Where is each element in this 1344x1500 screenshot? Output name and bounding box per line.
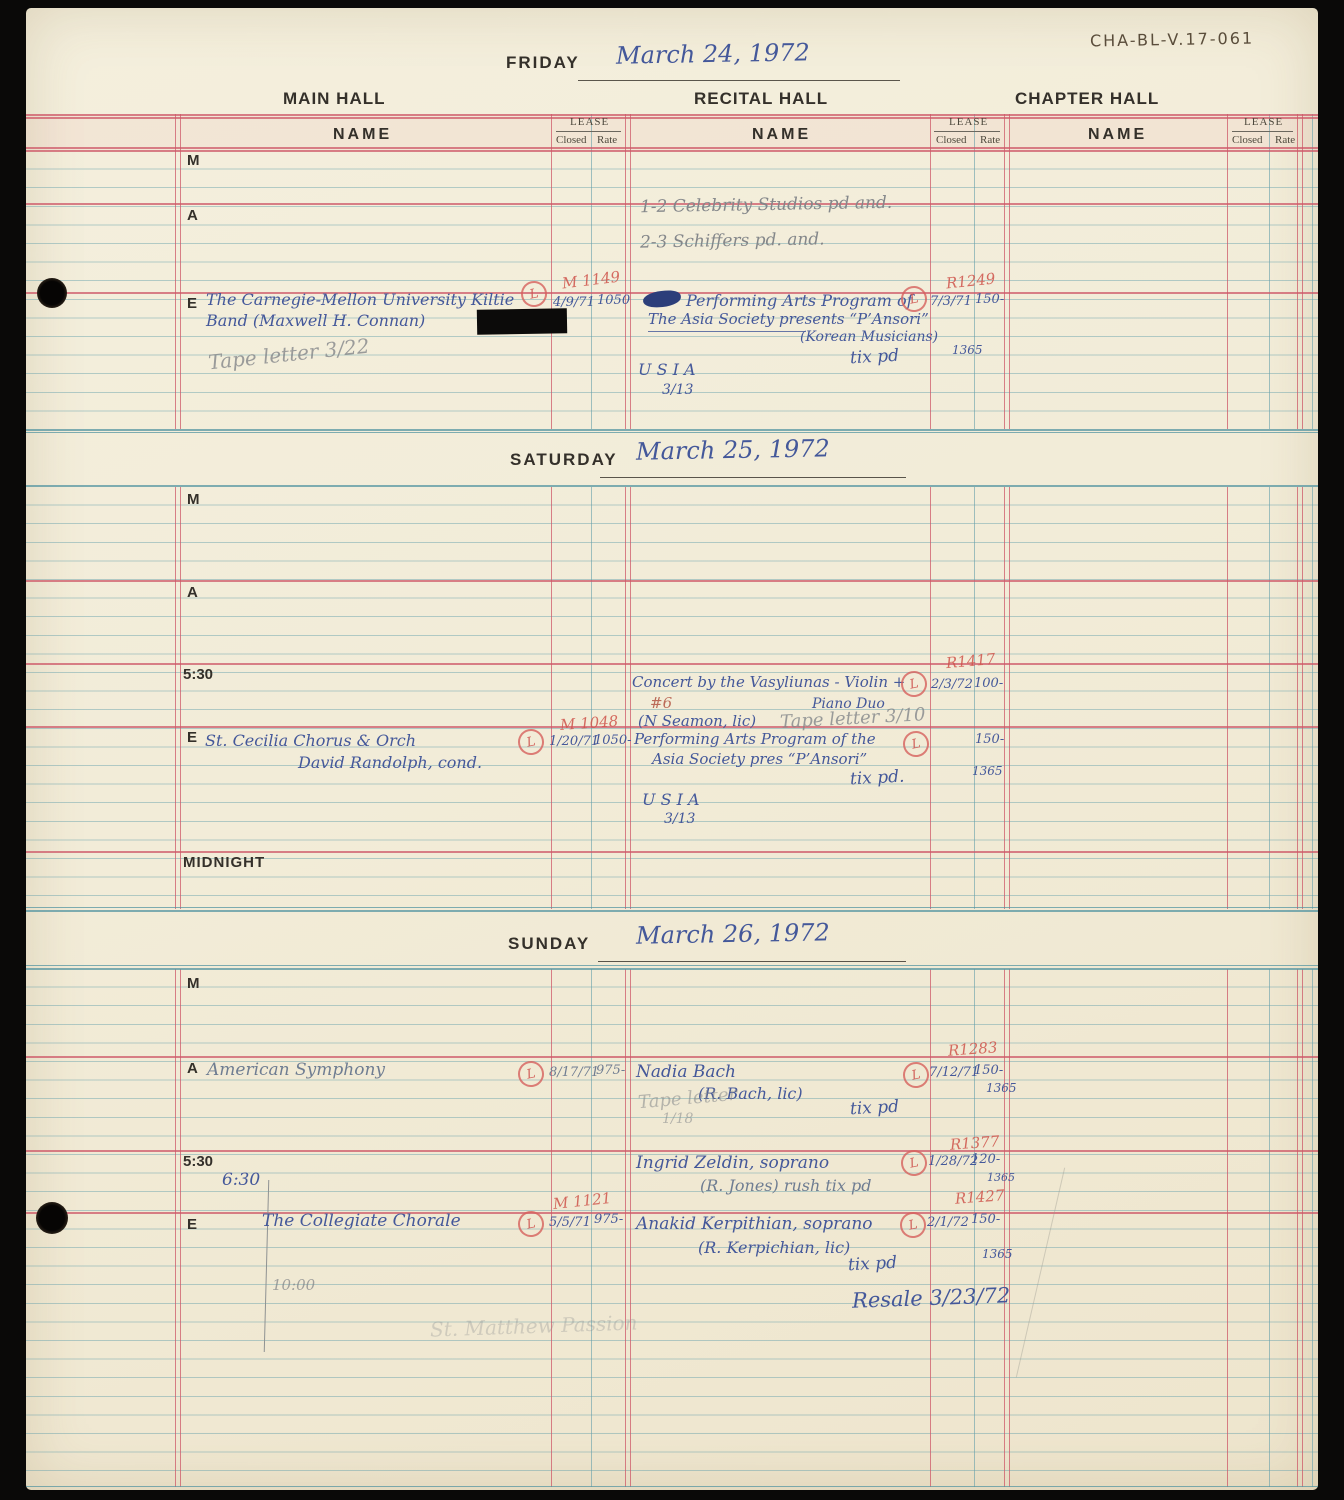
sun-recital-a-contract-number: R1283 [948,1040,998,1058]
grid-line-horizontal-red [26,150,1318,152]
grid-line-vertical-red [630,969,631,1487]
sun-recital-530-rate: 120- [971,1153,1000,1166]
friday-recital-usia-date: 3/13 [662,383,693,397]
sunday-label: SUNDAY [508,934,590,954]
grid-line-vertical-red [551,114,552,429]
sat-recital-tix-note: tix pd. [850,769,905,789]
sat-recital-usia-date: 3/13 [664,812,695,826]
section-boundary-line [26,907,1318,908]
entry-friday-main-e1: The Carnegie-Mellon University Kiltie [206,292,514,308]
entry-friday-recital-e3: (Korean Musicians) [800,330,938,344]
grid-line-vertical-red [1009,969,1010,1487]
grid-line-horizontal-red [26,1056,1318,1058]
chapter-closed-header: Closed [1232,134,1263,146]
entry-sat-recital-530-3: (N Seamon, lic) [638,714,756,729]
recital-rate-header: Rate [980,134,1000,146]
friday-label: FRIDAY [506,53,580,73]
chapter-lease-header: LEASE [1244,116,1283,128]
section-boundary-line [26,485,1318,487]
friday-recital-closed-date: 7/3/71 [930,295,972,308]
main-hall-title: MAIN HALL [283,89,385,109]
chapter-rate-header: Rate [1275,134,1295,146]
recital-name-header: NAME [752,126,811,144]
grid-line-vertical-blue [1312,969,1313,1487]
grid-line-horizontal-red [26,117,1318,119]
section-boundary-line [26,1486,1318,1487]
sat-recital-e-rate: 150- [975,733,1004,746]
entry-sat-recital-530-1: Concert by the Vasyliunas - Violin + [632,675,905,690]
sun-recital-530-amount: 1365 [987,1172,1015,1183]
chapter-name-header: NAME [1088,126,1147,144]
grid-line-vertical-blue [1269,114,1270,429]
friday-date-underline [578,80,900,81]
entry-sun-main-e: The Collegiate Chorale [262,1213,461,1230]
friday-row-a: A [187,207,198,224]
friday-row-m: M [187,152,200,169]
sun-main-e-rate: 975- [594,1213,623,1226]
archive-code: CHA-BL-V.17-061 [1090,29,1254,51]
grid-line-horizontal-red [26,114,1318,116]
grid-line-horizontal-red [26,663,1318,665]
grid-line-vertical-red [1297,487,1298,909]
friday-row-e: E [187,295,197,312]
grid-line-vertical-red [1004,114,1005,429]
recital-closed-header: Closed [936,134,967,146]
friday-main-closed-date: 4/9/71 [553,296,595,309]
entry-sun-recital-e1: Anakid Kerpithian, soprano [636,1216,873,1233]
sunday-row-m: M [187,975,200,992]
grid-line-vertical-red [630,487,631,909]
section-boundary-line [26,968,1318,970]
section-boundary-line [26,910,1318,912]
entry-sat-main-e1: St. Cecilia Chorus & Orch [205,733,416,749]
sun-recital-e-amount: 1365 [982,1248,1013,1260]
sat-recital-530-rate: 100- [974,677,1003,690]
sun-recital-530-contract-number: R1377 [950,1134,1000,1152]
scanned-ledger-page: CHA-BL-V.17-061 FRIDAY March 24, 1972 MA… [0,0,1344,1500]
sunday-row-a: A [187,1060,198,1077]
section-boundary-line [26,429,1318,431]
recital-lease-header: LEASE [949,116,988,128]
sat-recital-530-contract-number: R1417 [945,652,996,671]
friday-recital-rate: 150- [975,293,1004,306]
saturday-label: SATURDAY [510,450,618,470]
grid-line-vertical-blue [1312,487,1313,909]
punch-hole-top [37,278,67,308]
friday-recital-amount: 1365 [952,344,983,356]
saturday-row-e: E [187,729,197,746]
friday-recital-usia: U S I A [638,362,696,378]
grid-line-vertical-red [1009,114,1010,429]
grid-line-vertical-red [1297,969,1298,1487]
grid-line-vertical-blue [1269,969,1270,1487]
sun-main-a-rate: 975- [596,1064,625,1077]
sunday-date: March 26, 1972 [636,920,830,947]
grid-line-vertical-red [630,114,631,429]
sun-recital-a-tix-note: tix pd [850,1099,900,1119]
sat-main-closed-date: 1/20/71 [549,735,599,748]
entry-sat-recital-e2: Asia Society pres “P’Ansori” [652,752,867,767]
entry-friday-recital-a2: 2-3 Schiffers pd. and. [640,231,825,251]
saturday-date: March 25, 1972 [636,436,830,463]
sun-recital-e-rate: 150- [971,1213,1000,1226]
grid-line-vertical-red [1302,114,1303,429]
grid-line-horizontal-red [26,851,1318,853]
sat-main-rate: 1050- [594,734,631,747]
sunday-date-underline [598,961,906,962]
grid-line-vertical-blue [591,969,592,1487]
saturday-row-a: A [187,584,198,601]
entry-friday-recital-e2: The Asia Society presents “P’Ansori” [648,312,929,327]
grid-line-vertical-red [1227,114,1228,429]
section-boundary-line [26,965,1318,966]
grid-line-vertical-red [625,969,626,1487]
lease-header-rule [934,131,1000,132]
punch-hole-bottom [36,1202,68,1234]
chapter-hall-title: CHAPTER HALL [1015,89,1159,109]
entry-sun-recital-530-1: Ingrid Zeldin, soprano [636,1155,829,1172]
recital-hall-title: RECITAL HALL [694,89,828,109]
sun-main-a-closed-date: 8/17/71 [549,1066,599,1079]
sat-recital-530-number: #6 [650,696,672,711]
asia-society-underline [648,331,806,332]
entry-friday-recital-a1: 1-2 Celebrity Studios pd and. [640,195,893,216]
grid-line-vertical-red [175,114,176,429]
sun-main-e-closed-date: 5/5/71 [549,1216,591,1229]
sun-recital-e-tix-note: tix pd [848,1255,898,1275]
saturday-row-530: 5:30 [183,666,213,683]
sun-recital-e-contract-number: R1427 [955,1188,1005,1206]
grid-line-horizontal-red [26,147,1318,149]
entry-sun-recital-e2: (R. Kerpichian, lic) [698,1240,850,1256]
grid-line-vertical-red [930,114,931,429]
grid-line-vertical-red [625,114,626,429]
grid-line-vertical-red [1227,969,1228,1487]
grid-line-vertical-red [180,969,181,1487]
main-rate-header: Rate [597,134,617,146]
sat-recital-usia: U S I A [642,792,700,808]
section-boundary-line [26,432,1318,433]
friday-date: March 24, 1972 [616,40,810,67]
sun-main-630-note: 6:30 [222,1172,260,1189]
sunday-row-530: 5:30 [183,1153,213,1170]
sat-main-contract-number: M 1048 [560,714,619,733]
entry-sat-main-e2: David Randolph, cond. [298,755,482,771]
saturday-row-midnight: MIDNIGHT [183,854,265,871]
sat-recital-amount: 1365 [972,765,1003,777]
sat-recital-530-closed-date: 2/3/72 [931,678,973,691]
grid-line-horizontal-red [26,1150,1318,1152]
grid-line-vertical-blue [1269,487,1270,909]
grid-line-vertical-red [1302,969,1303,1487]
friday-main-rate: 1050 [597,294,630,307]
main-closed-header: Closed [556,134,587,146]
grid-line-vertical-red [180,114,181,429]
grid-line-vertical-blue [1312,114,1313,429]
grid-line-vertical-red [175,487,176,909]
entry-friday-recital-e1: Performing Arts Program of [686,293,913,309]
grid-line-vertical-red [930,487,931,909]
main-name-header: NAME [333,126,392,144]
sun-recital-e-resale-note: Resale 3/23/72 [852,1285,1011,1312]
entry-friday-main-e2: Band (Maxwell H. Connan) [206,313,425,329]
grid-line-vertical-red [1004,487,1005,909]
grid-line-vertical-red [1227,487,1228,909]
sun-recital-e-closed-date: 2/1/72 [927,1216,969,1229]
sun-recital-a-closed-date: 7/12/71 [929,1066,979,1079]
sun-main-1000-note: 10:00 [272,1278,315,1293]
grid-line-vertical-red [1302,487,1303,909]
friday-recital-tix-note: tix pd [850,348,900,368]
grid-line-vertical-red [1297,114,1298,429]
saturday-row-m: M [187,491,200,508]
grid-line-horizontal-red [26,580,1318,582]
redaction-box [477,308,567,335]
sunday-row-e: E [187,1216,197,1233]
grid-line-vertical-red [1009,487,1010,909]
grid-line-vertical-blue [591,487,592,909]
entry-sun-recital-a1: Nadia Bach [636,1064,736,1081]
entry-sun-main-a: American Symphony [207,1062,385,1079]
saturday-date-underline [600,477,906,478]
grid-line-vertical-red [551,487,552,909]
sun-recital-a-tape-date: 1/18 [662,1112,693,1126]
grid-line-vertical-blue [974,487,975,909]
grid-line-vertical-red [180,487,181,909]
sun-recital-a-rate: 150- [974,1064,1003,1077]
entry-sun-recital-530-2: (R. Jones) rush tix pd [700,1178,872,1194]
sun-recital-a-amount: 1365 [986,1082,1017,1094]
grid-line-vertical-red [625,487,626,909]
grid-line-vertical-red [1004,969,1005,1487]
lease-header-rule [556,131,621,132]
entry-sat-recital-e1: Performing Arts Program of the [634,732,876,747]
main-lease-header: LEASE [570,116,609,128]
grid-line-vertical-red [175,969,176,1487]
lease-header-rule [1232,131,1293,132]
